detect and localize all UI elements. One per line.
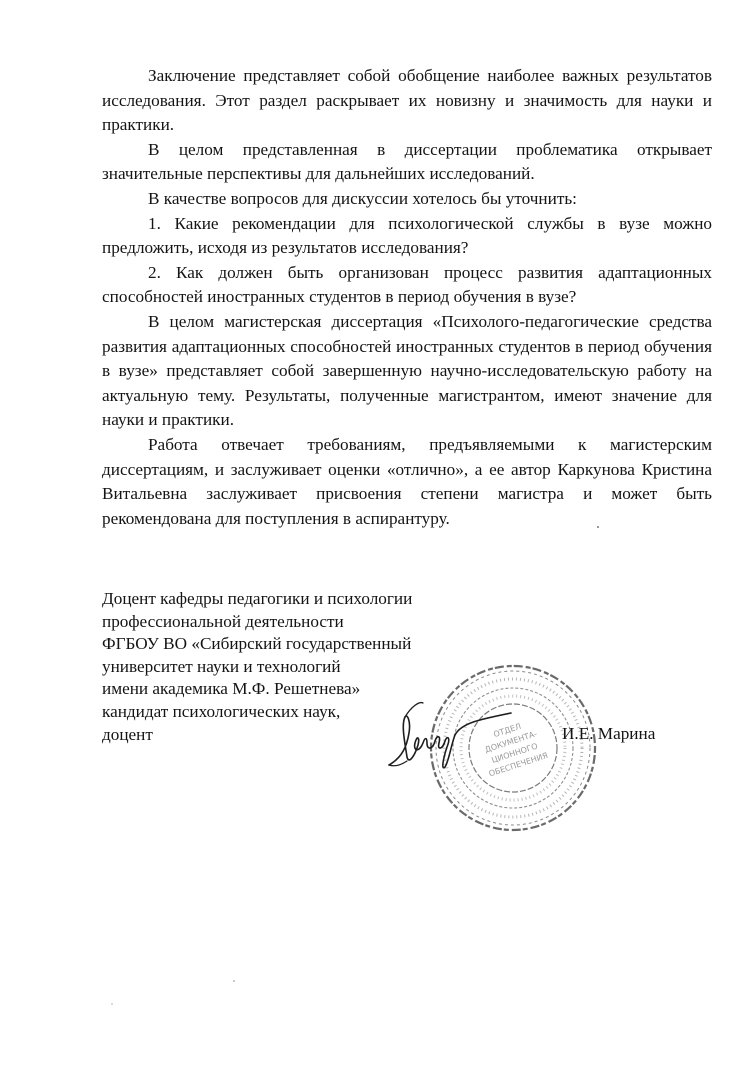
signer-position-line: Доцент кафедры педагогики и психологии	[102, 588, 462, 611]
scan-speck	[233, 980, 235, 982]
paragraph-question-2: 2. Как должен быть организован процесс р…	[102, 261, 712, 310]
handwritten-signature-icon	[385, 695, 515, 775]
paragraph-discussion-intro: В качестве вопросов для дискуссии хотело…	[102, 187, 712, 212]
paragraph-grade-recommendation: Работа отвечает требованиям, предъявляем…	[102, 433, 712, 531]
document-page: Заключение представляет собой обобщение …	[0, 0, 745, 1067]
paragraph-conclusion: Заключение представляет собой обобщение …	[102, 64, 712, 138]
paragraph-perspectives: В целом представленная в диссертации про…	[102, 138, 712, 187]
scan-speck	[111, 1003, 113, 1005]
scan-speck	[597, 526, 599, 528]
signer-name: И.Е. Марина	[562, 723, 655, 745]
signer-university-line-1: ФГБОУ ВО «Сибирский государственный	[102, 633, 462, 656]
paragraph-question-1: 1. Какие рекомендации для психологическо…	[102, 212, 712, 261]
paragraph-overall-assessment: В целом магистерская диссертация «Психол…	[102, 310, 712, 433]
signer-department-line: профессиональной деятельности	[102, 611, 462, 634]
review-body: Заключение представляет собой обобщение …	[102, 64, 712, 531]
signer-university-line-2: университет науки и технологий	[102, 656, 462, 679]
